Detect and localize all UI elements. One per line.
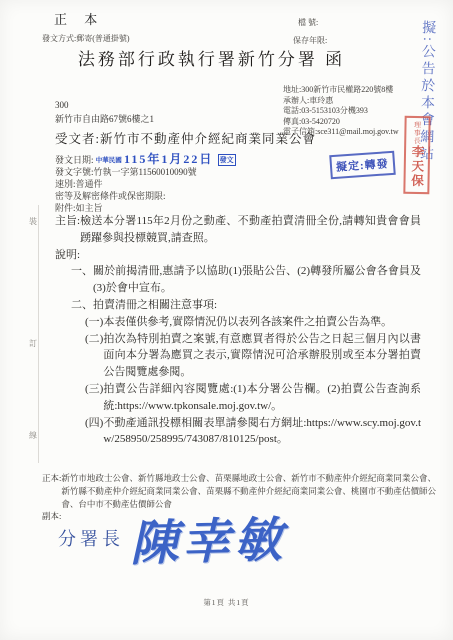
subject-label: 主旨:	[55, 213, 80, 230]
chairman-seal-stamp: 理事長李天保	[403, 116, 430, 194]
binding-mark-zhuang: 裝	[29, 216, 37, 227]
original-label: 正本:	[42, 472, 61, 485]
subitem-text: 不動產通訊投標相關表單請參閱右方網址:https://www.scy.moj.g…	[103, 415, 421, 449]
date-stamp-seal: 發文	[218, 154, 236, 166]
agency-fax: 傳真:03-5420720	[283, 117, 399, 128]
recipient-street-address: 新竹市自由路67號6樓之1	[55, 112, 154, 125]
agency-address: 地址:300新竹市民權路220號8樓	[283, 85, 399, 96]
subitem-number: (一)	[85, 314, 103, 331]
subitem-text: 拍次為特別拍賣之案號,有意應買者得於公告之日起三個月內以書面向本分署為應買之表示…	[103, 331, 421, 381]
subitem-number: (四)	[85, 415, 103, 432]
signature-block: 分署長 陳幸敏	[58, 503, 286, 572]
explanation-item-1: 一、 關於前揭清冊,惠請予以協助(1)張貼公告、(2)轉發所屬公會各會員及(3)…	[55, 263, 421, 297]
official-letter-page: 正 本 發文方式:郵寄(普通掛號) 檔 號: 保存年限: 法務部行政執行署新竹分…	[0, 0, 453, 640]
note-item-3: (三) 拍賣公告詳細內容閱覽處:(1)本分署公告欄。(2)拍賣公告查詢系統:ht…	[55, 381, 421, 415]
binding-mark-ding: 訂	[29, 338, 37, 349]
copy-type-label: 正 本	[54, 9, 104, 28]
subject-paragraph: 主旨: 檢送本分署115年2月份之動產、不動產拍賣清冊全份,請轉知貴會會員踴躍參…	[55, 213, 421, 247]
note-item-1: (一) 本表僅供參考,實際情況仍以表列各該案件之拍賣公告為準。	[55, 314, 421, 331]
item-text: 關於前揭清冊,惠請予以協助(1)張貼公告、(2)轉發所屬公會各會員及(3)於會中…	[93, 263, 421, 297]
file-number-label: 檔 號:	[298, 17, 318, 28]
subitem-text: 拍賣公告詳細內容閱覽處:(1)本分署公告欄。(2)拍賣公告查詢系統:https:…	[103, 381, 421, 415]
agency-phone: 電話:03-5153103分機393	[283, 106, 399, 117]
action-decision-stamp: 擬定:轉發	[329, 151, 395, 179]
item-number: 二、	[71, 297, 93, 314]
explanation-label: 說明:	[55, 247, 421, 264]
subject-text: 檢送本分署115年2月份之動產、不動產拍賣清冊全份,請轉知貴會會員踴躍參與投標競…	[80, 213, 421, 247]
chairman-seal-name: 李天保	[409, 145, 424, 189]
issue-date-label: 發文日期:	[55, 155, 94, 165]
delivery-method: 發文方式:郵寄(普通掛號)	[42, 33, 130, 44]
signer-title: 分署長	[58, 525, 124, 551]
explanation-item-2: 二、 拍賣清冊之相關注意事項:	[55, 297, 421, 314]
date-stamp: 中華民國 115年1月22日 發文	[96, 155, 236, 165]
recipient-zip: 300	[55, 100, 69, 110]
recipient-line: 受文者:新竹市不動產仲介經紀商業同業公會	[55, 129, 316, 147]
binding-mark-xian: 線	[29, 430, 37, 441]
signer-name-signature: 陳幸敏	[129, 501, 287, 574]
subitem-number: (三)	[85, 381, 103, 398]
binding-margin-line	[38, 205, 39, 463]
item-text: 拍賣清冊之相關注意事項:	[93, 297, 421, 314]
note-item-2: (二) 拍次為特別拍賣之案號,有意應買者得於公告之日起三個月內以書面向本分署為應…	[55, 331, 421, 381]
date-stamp-date: 115年1月22日	[124, 152, 213, 166]
chairman-seal-title: 理事長	[413, 121, 421, 145]
subitem-text: 本表僅供參考,實際情況仍以表列各該案件之拍賣公告為準。	[103, 314, 421, 331]
note-item-4: (四) 不動產通訊投標相關表單請參閱右方網址:https://www.scy.m…	[55, 415, 421, 449]
date-stamp-era: 中華民國	[96, 157, 122, 164]
document-title: 法務部行政執行署新竹分署 函	[0, 45, 423, 70]
page-footer: 第1頁 共1頁	[0, 597, 453, 608]
letter-body: 主旨: 檢送本分署115年2月份之動產、不動產拍賣清冊全份,請轉知貴會會員踴躍參…	[55, 213, 421, 448]
subitem-number: (二)	[85, 331, 103, 348]
agency-handler: 承辦人:車玲惠	[283, 96, 399, 107]
item-number: 一、	[71, 263, 93, 280]
